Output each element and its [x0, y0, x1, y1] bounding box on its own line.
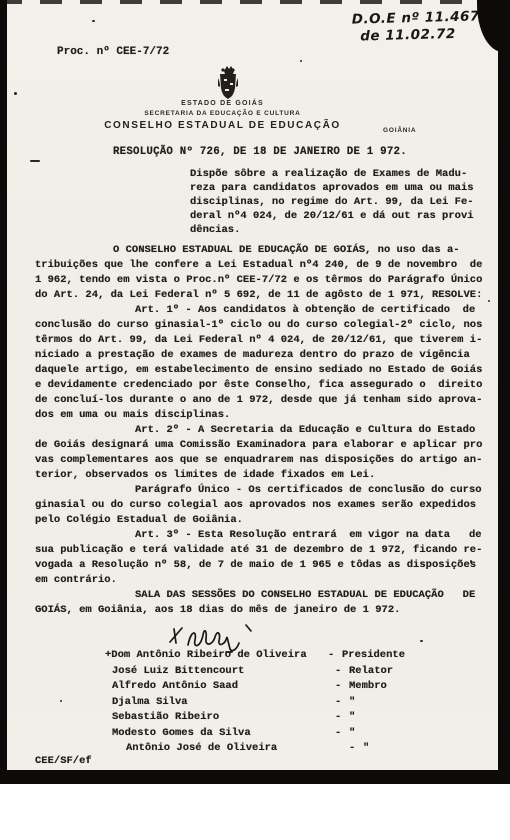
- document-page: D.O.E nº 11.467 de 11.02.72 Proc. nº CEE…: [0, 0, 510, 784]
- text-line: sua publicação e terá validade até 31 de…: [35, 543, 485, 558]
- scan-speck: [420, 640, 423, 642]
- signature-row: Sebastião Ribeiro-": [112, 710, 405, 726]
- text-line: niciado a prestação de exames de madurez…: [35, 348, 485, 363]
- signature-dash: -: [335, 664, 349, 680]
- doe-handwritten-note: D.O.E nº 11.467 de 11.02.72: [352, 8, 481, 45]
- text-line: de concluí-los durante o ano de 1 972, d…: [35, 393, 485, 408]
- signatory-role: ": [349, 726, 355, 742]
- text-line: SALA DAS SESSÕES DO CONSELHO ESTADUAL DE…: [35, 588, 485, 603]
- letterhead-state: ESTADO DE GOIÁS: [0, 100, 445, 107]
- signature-dash: -: [335, 679, 349, 695]
- signature-dash: -: [335, 710, 349, 726]
- scan-speck: [14, 92, 17, 95]
- text-line: ginasial ou do curso colegial aos aprova…: [35, 498, 485, 513]
- signatory-role: Presidente: [342, 648, 405, 664]
- signature-list: +Dom Antônio Ribeiro de Oliveira-Preside…: [112, 648, 405, 757]
- text-line: Art. 2º - A Secretaria da Educação e Cul…: [35, 423, 485, 438]
- text-line: disciplinas, no regime do Art. 99, da Le…: [190, 195, 474, 209]
- text-line: pelo Colégio Estadual de Goiânia.: [35, 513, 485, 528]
- signature-dash: -: [335, 726, 349, 742]
- signature-row: Modesto Gomes da Silva-": [112, 726, 405, 742]
- text-line: dos em uma ou mais disciplinas.: [35, 408, 485, 423]
- letterhead-city: GOIÂNIA: [383, 127, 416, 134]
- process-number: Proc. nº CEE-7/72: [57, 46, 169, 58]
- scan-speck: [60, 700, 62, 702]
- text-line: Art. 1º - Aos candidatos à obtenção de c…: [35, 303, 485, 318]
- ementa: Dispõe sôbre a realização de Exames de M…: [190, 167, 474, 237]
- doe-date: de 11.02.72: [360, 25, 480, 45]
- text-line: vas complementares aos que se enquadrare…: [35, 453, 485, 468]
- signature-dash: -: [335, 695, 349, 711]
- text-line: deral nº4 024, de 20/12/61 e dá out ras …: [190, 209, 474, 223]
- scan-speck: [488, 300, 490, 302]
- signatory-name: Modesto Gomes da Silva: [112, 726, 335, 742]
- text-line: e devidamente credenciado por êste Conse…: [35, 378, 485, 393]
- signatory-name: Djalma Silva: [112, 695, 335, 711]
- text-line: daquele artigo, em estabelecimento de en…: [35, 363, 485, 378]
- text-line: GOIÁS, em Goiânia, aos 18 dias do mês de…: [35, 603, 485, 618]
- text-line: conclusão do curso ginasial-1º ciclo ou …: [35, 318, 485, 333]
- text-line: tribuições que lhe confere a Lei Estadua…: [35, 258, 485, 273]
- doe-number: D.O.E nº 11.467: [352, 8, 480, 28]
- scan-speck: [470, 560, 472, 563]
- text-line: Art. 3º - Esta Resolução entrará em vigo…: [35, 528, 485, 543]
- text-line: 1 962, tendo em vista o Proc.nº CEE-7/72…: [35, 273, 485, 288]
- signature-row: Antônio José de Oliveira-": [112, 741, 405, 757]
- scan-right-edge: [498, 0, 510, 784]
- scan-speck: [300, 60, 302, 62]
- text-line: têrmos do Art. 99, da Lei Federal nº 4 0…: [35, 333, 485, 348]
- text-line: reza para candidatos aprovados em uma ou…: [190, 181, 474, 195]
- signatory-role: ": [363, 741, 369, 757]
- text-line: do Art. 24, da Lei Federal nº 5 692, de …: [35, 288, 485, 303]
- text-line: dências.: [190, 223, 474, 237]
- signatory-name: Sebastião Ribeiro: [112, 710, 335, 726]
- letterhead-council: CONSELHO ESTADUAL DE EDUCAÇÃO: [0, 120, 445, 131]
- scan-corner-curl: [477, 0, 503, 52]
- text-line: terior, observados os limites de idade f…: [35, 468, 485, 483]
- signature-row: +Dom Antônio Ribeiro de Oliveira-Preside…: [112, 648, 405, 664]
- signature-row: Djalma Silva-": [112, 695, 405, 711]
- signature-dash: -: [328, 648, 342, 664]
- text-line: de Goiás designará uma Comissão Examinad…: [35, 438, 485, 453]
- signature-row: Alfredo Antônio Saad-Membro: [112, 679, 405, 695]
- signatory-role: Membro: [349, 679, 387, 695]
- scan-speck: [30, 160, 40, 162]
- signatory-role: ": [349, 695, 355, 711]
- typist-initials: CEE/SF/ef: [35, 755, 92, 767]
- text-line: Parágrafo Único - Os certificados de con…: [35, 483, 485, 498]
- text-line: em contrário.: [35, 573, 485, 588]
- text-line: Dispõe sôbre a realização de Exames de M…: [190, 167, 474, 181]
- signatory-name: +Dom Antônio Ribeiro de Oliveira: [105, 648, 328, 664]
- signature-row: José Luiz Bittencourt-Relator: [112, 664, 405, 680]
- signatory-name: Antônio José de Oliveira: [112, 741, 349, 757]
- scan-left-edge: [0, 0, 7, 784]
- letterhead-secretariat: SECRETARIA DA EDUCAÇÃO E CULTURA: [0, 110, 445, 117]
- text-line: O CONSELHO ESTADUAL DE EDUCAÇÃO DE GOIÁS…: [35, 243, 485, 258]
- signatory-name: Alfredo Antônio Saad: [112, 679, 335, 695]
- signatory-name: José Luiz Bittencourt: [112, 664, 335, 680]
- letterhead: ESTADO DE GOIÁS SECRETARIA DA EDUCAÇÃO E…: [0, 100, 445, 131]
- signature-dash: -: [349, 741, 363, 757]
- signatory-role: ": [349, 710, 355, 726]
- text-line: vogada a Resolução nº 58, de 7 de maio d…: [35, 558, 485, 573]
- resolution-title: RESOLUÇÃO Nº 726, DE 18 DE JANEIRO DE 1 …: [113, 146, 407, 158]
- scan-bottom-edge: [0, 770, 510, 784]
- resolution-body: O CONSELHO ESTADUAL DE EDUCAÇÃO DE GOIÁS…: [35, 243, 485, 618]
- scanned-document: D.O.E nº 11.467 de 11.02.72 Proc. nº CEE…: [0, 0, 510, 840]
- scan-speck: [92, 20, 95, 22]
- scan-top-edge: [0, 0, 510, 4]
- signatory-role: Relator: [349, 664, 393, 680]
